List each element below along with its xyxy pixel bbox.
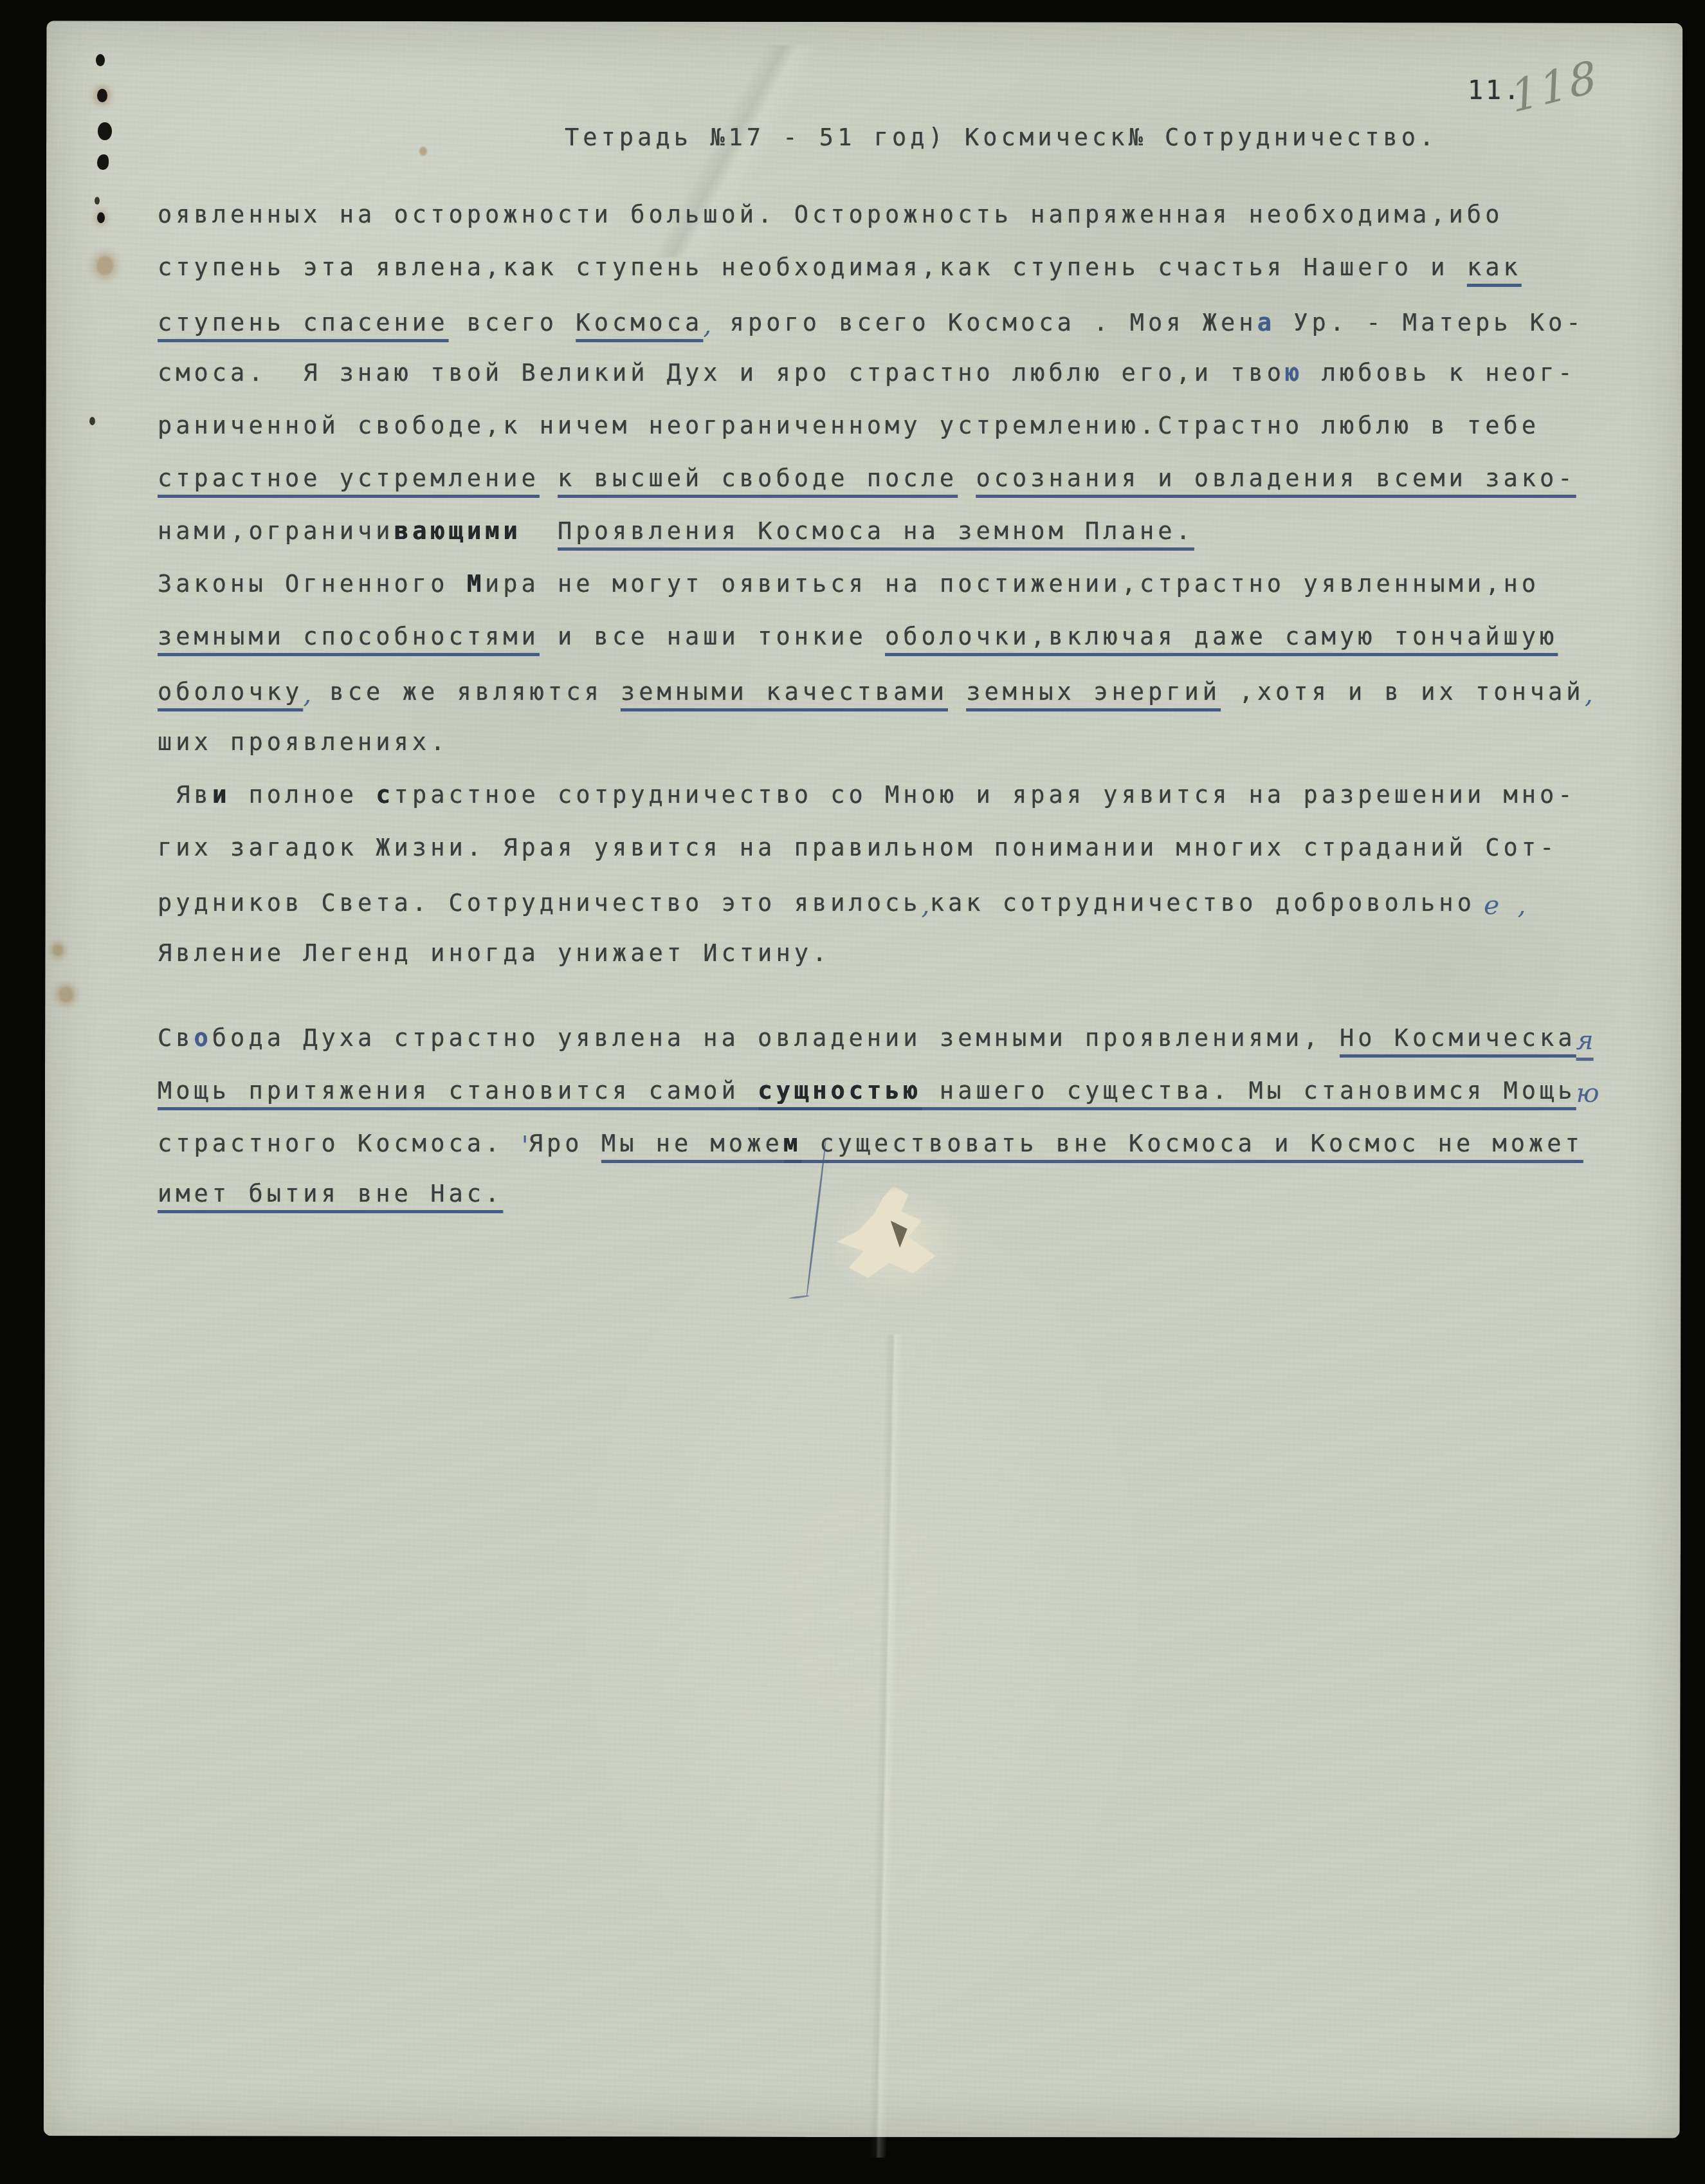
handwritten-correction: ,	[303, 679, 311, 710]
underlined-text: м	[783, 1130, 801, 1157]
underlined-text: земными способностями	[158, 623, 540, 650]
typed-line: Мощь притяжения становится самой сущност…	[158, 1074, 1560, 1127]
underlined-text: осознания и овладения всеми зако-	[976, 464, 1576, 492]
punch-hole	[97, 212, 105, 223]
typed-line: страстное устремление к высшей свободе п…	[158, 464, 1560, 517]
typed-text: оявленных на осторожности большой. Остор…	[158, 201, 1560, 1233]
underlined-text: оболочки,включая даже самую тончайшую	[885, 623, 1558, 650]
ink-speck	[95, 197, 100, 205]
handwritten-correction: '	[522, 1130, 529, 1161]
typed-text-segment: трастное сотрудничество со Мною и ярая у…	[394, 781, 1576, 809]
underlined-text: существовать вне Космоса и Космос не мож…	[801, 1130, 1583, 1157]
typed-line: ступень эта явлена,как ступень необходим…	[158, 253, 1560, 306]
typed-text-segment: любовь к неог-	[1303, 359, 1576, 387]
typed-text-segment: нами,ограничи	[158, 517, 394, 545]
typed-line: рудников Света. Сотрудничество это явило…	[158, 886, 1560, 939]
underlined-text: Мощь притяжения становится самой	[158, 1077, 758, 1105]
typed-text-segment: Яв	[158, 781, 212, 809]
underlined-text: оболочку	[158, 678, 303, 706]
handwritten-correction: ,	[922, 890, 930, 921]
rust-stain	[53, 944, 63, 956]
handwritten-correction: ,	[1518, 890, 1526, 921]
typed-line: нами,ограничивающими Проявления Космоса …	[158, 517, 1560, 570]
typed-text-segment: бода Духа страстно уявлена на овладении …	[212, 1024, 1340, 1052]
underlined-text: земных энергий	[966, 678, 1221, 706]
punch-hole	[97, 154, 109, 170]
typed-line: Явление Легенд иногда унижает Истину.	[158, 939, 1560, 992]
typed-text-segment: вающими	[394, 517, 522, 545]
scan-background: { "header": { "title": "Тетрадь №17 - 51…	[0, 0, 1705, 2184]
typed-text-segment: рудников Света. Сотрудничество это явило…	[158, 889, 922, 917]
underlined-text: Мы не може	[601, 1130, 783, 1157]
typed-text-segment: смоса. Я знаю твой Великий Дух и яро стр…	[158, 359, 1285, 387]
typed-text-segment: все же являются	[311, 678, 621, 706]
underlined-text: сущностью	[758, 1077, 921, 1105]
paper-tear-flap	[822, 1186, 971, 1303]
punch-hole	[96, 54, 105, 66]
typed-text-segment: и все наши тонкие	[540, 623, 885, 650]
typed-text-segment	[540, 464, 558, 492]
typed-text-segment: гих загадок Жизни. Ярая уявится на прави…	[158, 834, 1558, 861]
typed-line: гих загадок Жизни. Ярая уявится на прави…	[158, 834, 1560, 886]
typed-line: ших проявлениях.	[158, 728, 1560, 781]
typed-line: смоса. Я знаю твой Великий Дух и яро стр…	[158, 359, 1560, 412]
typed-line: оболочку, все же являются земными качест…	[158, 675, 1560, 728]
underlined-text: страстное устремление	[158, 464, 540, 492]
typed-text-segment: Явление Легенд иногда унижает Истину.	[158, 939, 830, 967]
typed-text-segment: полное	[230, 781, 376, 809]
paragraph: Яви полное страстное сотрудничество со М…	[158, 781, 1560, 992]
underlined-text: ступень спасение	[158, 309, 448, 336]
underlined-text: земными качествами	[621, 678, 948, 706]
typed-text-segment: и	[212, 781, 230, 809]
rust-stain	[59, 987, 73, 1002]
page-title: Тетрадь №17 - 51 год) Космическ№ Сотрудн…	[565, 124, 1437, 151]
typed-text-segment	[958, 464, 976, 492]
handwritten-correction: е	[1475, 890, 1499, 921]
typed-text-segment: ярого всего Космоса . Моя Жен	[711, 309, 1257, 336]
typed-text-segment	[948, 678, 966, 706]
ink-speck	[89, 417, 95, 425]
typed-line: земными способностями и все наши тонкие …	[158, 623, 1560, 675]
typed-text-segment: ших проявлениях.	[158, 728, 448, 756]
paragraph: Законы Огненного Мира не могут оявиться …	[158, 570, 1560, 781]
underlined-text: нашего существа. Мы становимся Мощь	[922, 1077, 1576, 1105]
typed-text-segment: Законы Огненного	[158, 570, 467, 598]
typed-text-segment: с	[376, 781, 394, 809]
punch-hole	[97, 89, 107, 102]
typed-text-segment: М	[467, 570, 485, 598]
underlined-text: Проявления Космоса на земном Плане.	[558, 517, 1194, 545]
rust-stain	[96, 256, 113, 275]
typed-text-segment: ,хотя и в их тончай	[1221, 678, 1585, 706]
underlined-text: Но Космическа	[1340, 1024, 1576, 1052]
handwritten-correction: ,	[1585, 679, 1593, 710]
typed-line: оявленных на осторожности большой. Остор…	[158, 201, 1560, 253]
punch-hole	[98, 122, 112, 140]
typed-text-segment: страстного Космоса.	[158, 1130, 522, 1157]
typed-text-segment	[1499, 889, 1517, 917]
typed-text-segment	[522, 517, 558, 545]
typed-text-segment: как сотрудничество добровольно	[930, 889, 1475, 917]
typed-line: Законы Огненного Мира не могут оявиться …	[158, 570, 1560, 623]
typed-text-segment: раниченной свободе,к ничем неограниченно…	[158, 412, 1540, 439]
typed-text-segment: Ур. - Матерь Ко-	[1275, 309, 1585, 336]
handwritten-correction: ю	[1576, 1078, 1600, 1108]
underlined-text: к высшей свободе после	[558, 464, 958, 492]
underlined-text: как	[1467, 253, 1522, 281]
typed-line: ступень спасение всего Космоса, ярого вс…	[158, 306, 1560, 359]
paper-crease-vertical	[868, 1334, 903, 2158]
handwritten-correction: я	[1576, 1025, 1594, 1056]
paper-tear	[822, 1186, 971, 1303]
typed-text-segment: Яро	[529, 1130, 601, 1157]
paragraph: оявленных на осторожности большой. Остор…	[158, 201, 1560, 570]
typed-line: раниченной свободе,к ничем неограниченно…	[158, 412, 1560, 464]
typed-text-segment: о	[194, 1024, 212, 1052]
typed-text-segment: оявленных на осторожности большой. Остор…	[158, 201, 1503, 228]
rust-stain	[419, 147, 427, 156]
typed-text-segment: ступень эта явлена,как ступень необходим…	[158, 253, 1467, 281]
underlined-text: Космоса	[576, 309, 703, 336]
typed-line: Свобода Духа страстно уявлена на овладен…	[158, 1022, 1560, 1074]
typed-text-segment: а	[1257, 309, 1275, 336]
handwritten-correction: ,	[703, 309, 711, 340]
typed-line: Яви полное страстное сотрудничество со М…	[158, 781, 1560, 834]
typed-text-segment: всего	[448, 309, 576, 336]
typed-text-segment: Св	[158, 1024, 194, 1052]
underlined-text: имет бытия вне Нас.	[158, 1180, 503, 1207]
typed-text-segment: ю	[1285, 359, 1303, 387]
typed-text-segment: ира не могут оявиться на постижении,стра…	[485, 570, 1540, 598]
